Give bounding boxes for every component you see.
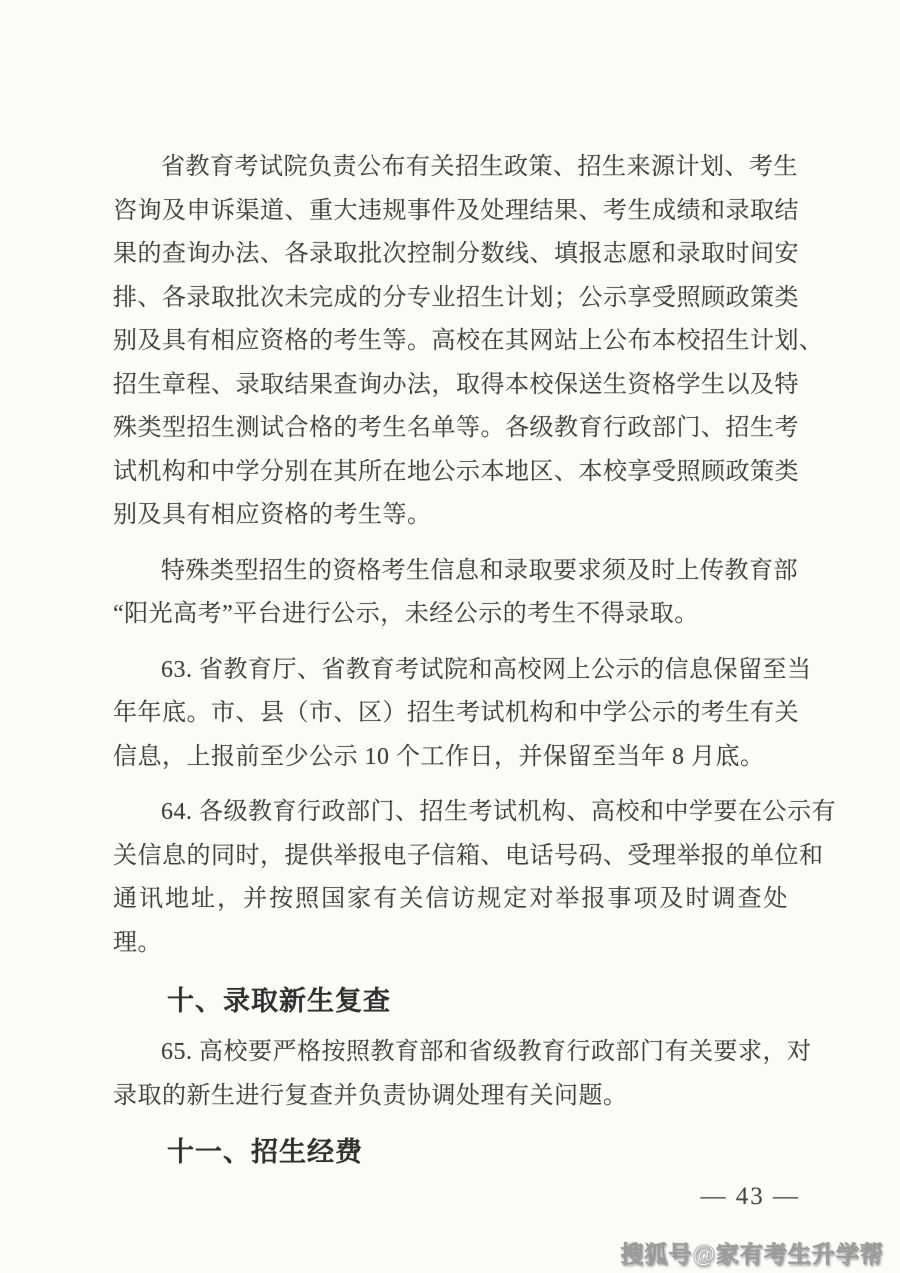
text-line: 招生章程、录取结果查询办法，取得本校保送生资格学生以及特 (113, 364, 788, 408)
section-heading-11: 十一、招生经费 (113, 1132, 788, 1172)
text-line: 通讯地址，并按照国家有关信访规定对举报事项及时调查处理。 (113, 878, 788, 965)
paragraph: 63. 省教育厅、省教育考试院和高校网上公示的信息保留至当 年年底。市、县（市、… (113, 649, 788, 780)
document-body: 省教育考试院负责公布有关招生政策、招生来源计划、考生 咨询及申诉渠道、重大违规事… (0, 0, 900, 1214)
watermark-text: 搜狐号@家有考生升学帮 (621, 1236, 884, 1269)
text-line: 信息，上报前至少公示 10 个工作日，并保留至当年 8 月底。 (113, 736, 788, 780)
document-page: 省教育考试院负责公布有关招生政策、招生来源计划、考生 咨询及申诉渠道、重大违规事… (0, 0, 900, 1273)
text-line: 别及具有相应资格的考生等。高校在其网站上公布本校招生计划、 (113, 320, 788, 364)
text-line: 别及具有相应资格的考生等。 (113, 494, 788, 538)
text-line: 65. 高校要严格按照教育部和省级教育行政部门有关要求，对 (113, 1031, 788, 1075)
text-line: 特殊类型招生的资格考生信息和录取要求须及时上传教育部 (113, 550, 788, 594)
text-line: 关信息的同时，提供举报电子信箱、电话号码、受理举报的单位和 (113, 835, 788, 879)
text-line: 果的查询办法、各录取批次控制分数线、填报志愿和录取时间安 (113, 233, 788, 277)
paragraph: 特殊类型招生的资格考生信息和录取要求须及时上传教育部 “阳光高考”平台进行公示，… (113, 550, 788, 637)
text-line: 64. 各级教育行政部门、招生考试机构、高校和中学要在公示有 (113, 791, 788, 835)
text-line: 录取的新生进行复查并负责协调处理有关问题。 (113, 1075, 788, 1119)
text-line: “阳光高考”平台进行公示，未经公示的考生不得录取。 (113, 593, 788, 637)
text-line: 试机构和中学分别在其所在地公示本地区、本校享受照顾政策类 (113, 451, 788, 495)
paragraph: 省教育考试院负责公布有关招生政策、招生来源计划、考生 咨询及申诉渠道、重大违规事… (113, 146, 788, 538)
text-line: 63. 省教育厅、省教育考试院和高校网上公示的信息保留至当 (113, 649, 788, 693)
text-line: 省教育考试院负责公布有关招生政策、招生来源计划、考生 (113, 146, 788, 190)
text-line: 殊类型招生测试合格的考生名单等。各级教育行政部门、招生考 (113, 407, 788, 451)
section-heading-10: 十、录取新生复查 (113, 981, 788, 1021)
text-line: 年年底。市、县（市、区）招生考试机构和中学公示的考生有关 (113, 692, 788, 736)
text-line: 咨询及申诉渠道、重大违规事件及处理结果、考生成绩和录取结 (113, 190, 788, 234)
paragraph: 64. 各级教育行政部门、招生考试机构、高校和中学要在公示有 关信息的同时，提供… (113, 791, 788, 965)
paragraph: 65. 高校要严格按照教育部和省级教育行政部门有关要求，对 录取的新生进行复查并… (113, 1031, 788, 1118)
page-number: — 43 — (113, 1180, 800, 1214)
text-line: 排、各录取批次未完成的分专业招生计划；公示享受照顾政策类 (113, 277, 788, 321)
